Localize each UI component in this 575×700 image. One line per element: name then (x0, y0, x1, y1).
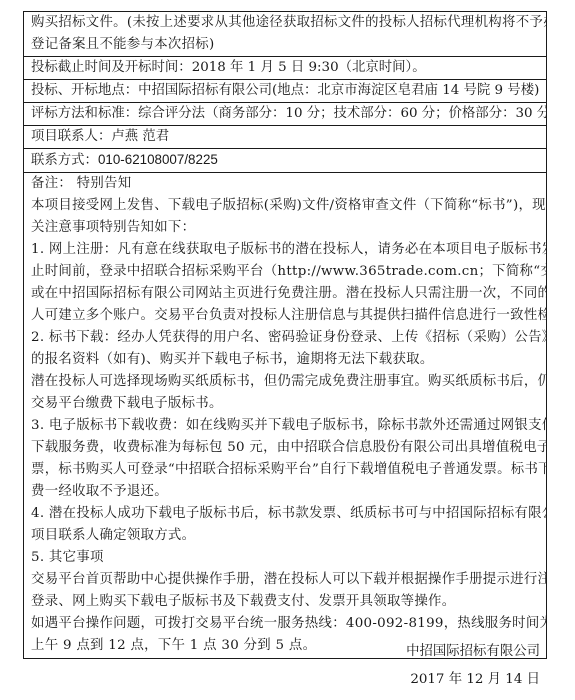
signature-organization: 中招国际招标有限公司 (406, 640, 540, 659)
purchase-note-row: 购买招标文件。(未按上述要求从其他途径获取招标文件的投标人招标代理机构将不予办理… (24, 12, 546, 57)
evaluation-label: 评标方法和标准： (31, 106, 138, 121)
notes-item3-line-2: 下载服务费，收费标准为每标包 50 元，由中招联合信息股份有限公司出具增值税电子… (31, 437, 546, 459)
notes-item2-line-3: 潜在投标人可选择现场购买纸质标书，但仍需完成免费注册事宜。购买纸质标书后，仍可在 (31, 371, 546, 393)
evaluation-row: 评标方法和标准：综合评分法（商务部分：10 分；技术部分：60 分；价格部分：3… (24, 103, 546, 126)
purchase-note-line-1: 购买招标文件。(未按上述要求从其他途径获取招标文件的投标人招标代理机构将不予办理… (31, 12, 546, 34)
notes-item4-line-1: 4. 潜在投标人成功下载电子版标书后，标书款发票、纸质标书可与中招国际招标有限公… (31, 503, 546, 525)
announcement-table: 购买招标文件。(未按上述要求从其他途径获取招标文件的投标人招标代理机构将不予办理… (23, 11, 547, 659)
notes-item2-line-4: 交易平台缴费下载电子版标书。 (31, 393, 546, 415)
contact-phone-row: 联系方式：010-62108007/8225 (24, 149, 546, 173)
location-row: 投标、开标地点：中招国际招标有限公司(地点：北京市海淀区皂君庙 14 号院 9 … (24, 80, 546, 103)
notes-item4-line-2: 项目联系人确定领取方式。 (31, 525, 546, 547)
deadline-value: 2018 年 1 月 5 日 9:30（北京时间）。 (192, 60, 426, 75)
signature-date: 2017 年 12 月 14 日 (410, 668, 540, 687)
notes-item2-line-2: 的报名资料（如有)、购买并下载电子标书，逾期将无法下载获取。 (31, 349, 546, 371)
notes-item3-line-4: 费一经收取不予退还。 (31, 481, 546, 503)
evaluation-value: 综合评分法（商务部分：10 分；技术部分：60 分；价格部分：30 分） (138, 106, 546, 121)
notes-cell: 备注： 特别告知 本项目接受网上发售、下载电子版招标(采购)文件/资格审查文件（… (24, 173, 546, 658)
notes-item5-line-3: 登录、网上购买下载电子版标书及下载费支付、发票开具领取等操作。 (31, 591, 546, 613)
notes-item3-line-1: 3. 电子版标书下载收费：如在线购买并下载电子版标书，除标书款外还需通过网银支付… (31, 415, 546, 437)
notes-item1-line-4: 人可建立多个账户。交易平台负责对投标人注册信息与其提供扫描件信息进行一致性检查。 (31, 305, 546, 327)
contact-person-label: 项目联系人： (31, 129, 111, 144)
contact-person-row: 项目联系人：卢燕 范君 (24, 126, 546, 149)
notes-item1-line-3: 或在中招国际招标有限公司网站主页进行免费注册。潜在投标人只需注册一次，不同的经办 (31, 283, 546, 305)
contact-person-value: 卢燕 范君 (111, 129, 169, 144)
deadline-label: 投标截止时间及开标时间： (31, 60, 192, 75)
contact-phone-value: 010-62108007/8225 (98, 152, 218, 167)
location-label: 投标、开标地点： (31, 83, 138, 98)
purchase-note-line-2: 登记备案且不能参与本次招标) (31, 34, 546, 56)
location-value: 中招国际招标有限公司(地点：北京市海淀区皂君庙 14 号院 9 号楼) (138, 83, 539, 98)
notes-item1-line-1: 1. 网上注册：凡有意在线获取电子版标书的潜在投标人，请务必在本项目电子版标书发… (31, 239, 546, 261)
notes-item5-line-4: 如遇平台操作问题，可拨打交易平台统一服务热线：400-092-8199，热线服务… (31, 613, 546, 635)
notes-item3-line-3: 票，标书购买人可登录“中招联合招标采购平台”自行下载增值税电子普通发票。标书下载 (31, 459, 546, 481)
notes-heading: 备注： 特别告知 (31, 173, 546, 195)
notes-item5-line-2: 交易平台首页帮助中心提供操作手册，潜在投标人可以下载并根据操作手册提示进行注册、 (31, 569, 546, 591)
notes-intro-line-1: 本项目接受网上发售、下载电子版招标(采购)文件/资格审查文件（下简称“标书”)，… (31, 195, 546, 217)
notes-item2-line-1: 2. 标书下载：经办人凭获得的用户名、密码验证身份登录、上传《招标（采购）公告》… (31, 327, 546, 349)
notes-item5-line-1: 5. 其它事项 (31, 547, 546, 569)
contact-phone-label: 联系方式： (31, 153, 98, 168)
notes-intro-line-2: 关注意事项特别告知如下： (31, 217, 546, 239)
deadline-row: 投标截止时间及开标时间：2018 年 1 月 5 日 9:30（北京时间）。 (24, 57, 546, 80)
notes-item1-line-2: 止时间前，登录中招联合招标采购平台（http://www.365trade.co… (31, 261, 546, 283)
